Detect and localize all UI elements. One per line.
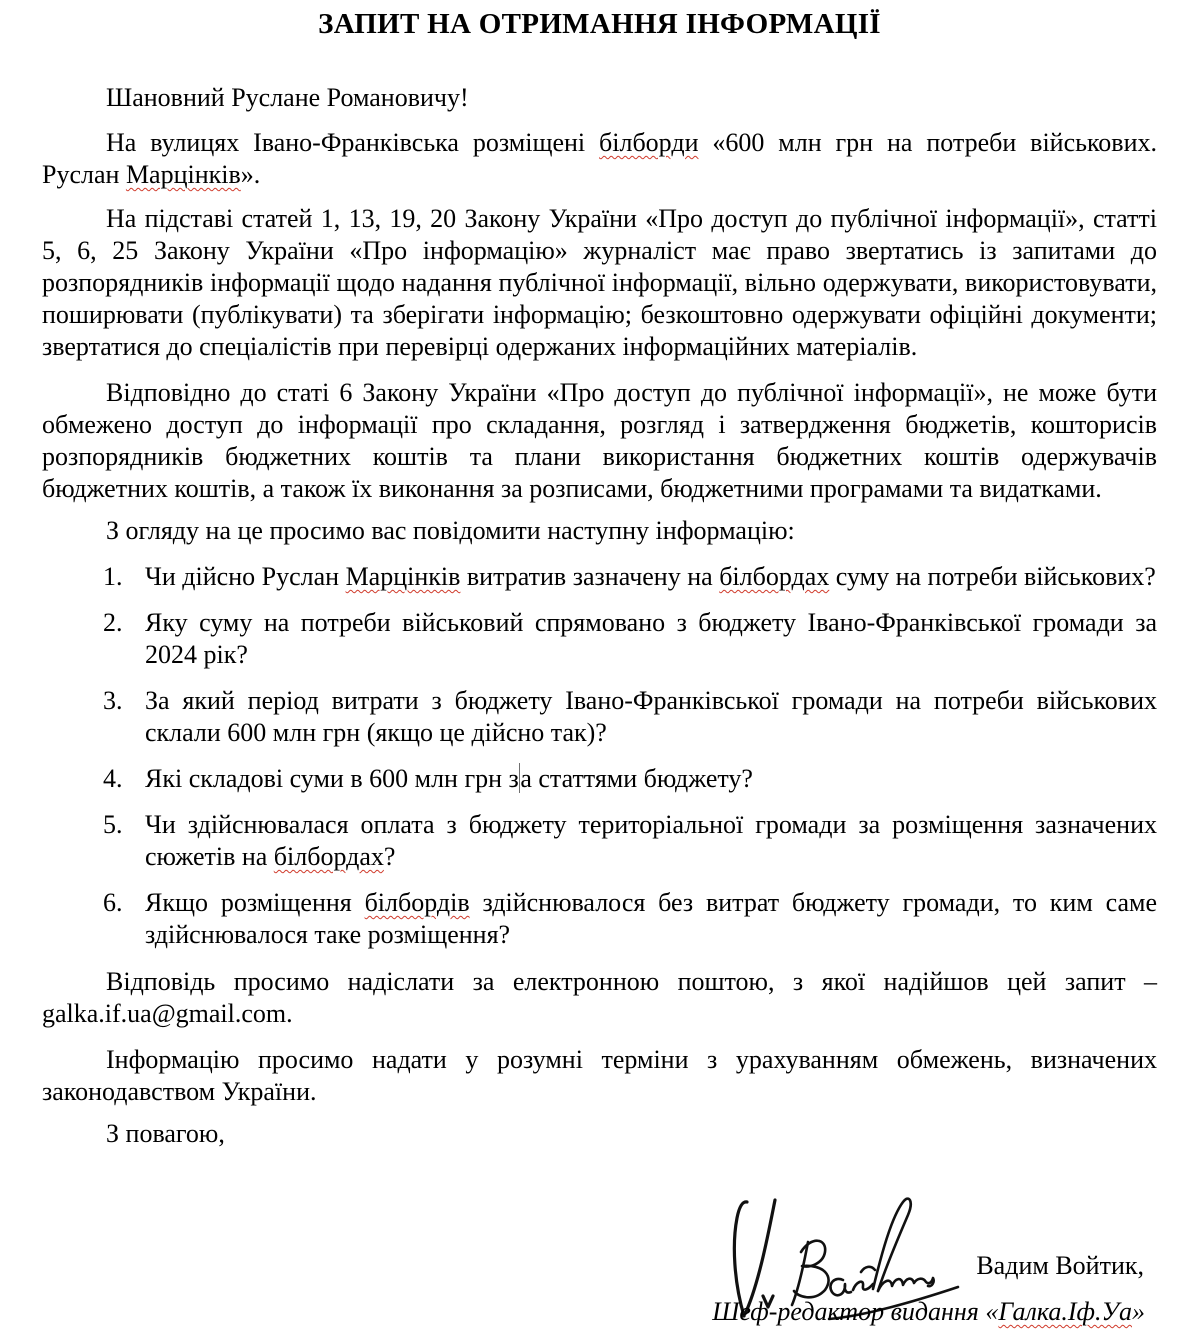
text-run: З огляду на це просимо вас повідомити на… bbox=[106, 516, 795, 545]
question-text: Які складові суми в 600 млн грн за статт… bbox=[145, 764, 753, 793]
question-text: Чи здійснювалася оплата з бюджету терито… bbox=[145, 810, 1157, 871]
text-run: Яку суму на потреби військовий спрямован… bbox=[145, 608, 1157, 669]
question-number: 1. bbox=[103, 561, 123, 593]
question-text: Якщо розміщення білбордів здійснювалося … bbox=[145, 888, 1157, 949]
question-item: 5.Чи здійснювалася оплата з бюджету тери… bbox=[42, 809, 1157, 873]
signature-block: Вадим Войтик, Шеф-редактор видання «Галк… bbox=[0, 1192, 1200, 1336]
signature-stroke bbox=[745, 1200, 775, 1314]
signature-stroke bbox=[853, 1282, 873, 1290]
text-run: Відповідь просимо надіслати за електронн… bbox=[42, 967, 1157, 1028]
signature-stroke bbox=[763, 1296, 773, 1307]
misspelled-word: білбордах bbox=[274, 842, 384, 871]
signature-stroke bbox=[734, 1202, 747, 1316]
paragraph-billboards: На вулицях Івано-Франківська розміщені б… bbox=[42, 127, 1157, 191]
question-number: 4. bbox=[103, 763, 123, 795]
text-run: Якщо розміщення bbox=[145, 888, 365, 917]
question-text: За який період витрати з бюджету Івано-Ф… bbox=[145, 686, 1157, 747]
misspelled-word: Галка.Іф.Уа bbox=[998, 1297, 1132, 1326]
text-run: Відповідно до статі 6 Закону України «Пр… bbox=[42, 378, 1157, 503]
signature-stroke bbox=[830, 1279, 851, 1295]
misspelled-word: білбордів bbox=[365, 888, 470, 917]
paragraph-article6: Відповідно до статі 6 Закону України «Пр… bbox=[42, 377, 1157, 505]
question-number: 2. bbox=[103, 607, 123, 639]
text-run: На вулицях Івано-Франківська розміщені bbox=[106, 128, 599, 157]
misspelled-word: білборди bbox=[599, 128, 698, 157]
document-page[interactable]: ЗАПИТ НА ОТРИМАННЯ ІНФОРМАЦІЇ Шановний Р… bbox=[0, 6, 1200, 1336]
question-item: 3.За який період витрати з бюджету Івано… bbox=[42, 685, 1157, 749]
text-run: Чи дійсно Руслан bbox=[145, 562, 346, 591]
text-run: Інформацію просимо надати у розумні терм… bbox=[42, 1045, 1157, 1106]
misspelled-word: Марцінків bbox=[126, 160, 241, 189]
signature-stroke bbox=[792, 1242, 808, 1305]
closing-line: З повагою, bbox=[42, 1118, 1157, 1150]
text-run: а статтями бюджету? bbox=[520, 764, 753, 793]
handwritten-signature-image bbox=[713, 1192, 965, 1322]
signature-stroke bbox=[829, 1287, 958, 1319]
text-run: ? bbox=[384, 842, 396, 871]
greeting-line: Шановний Руслане Романовичу! bbox=[42, 82, 1157, 114]
signature-role: Шеф-редактор видання «Галка.Іф.Уа» bbox=[712, 1296, 1145, 1328]
signature-stroke bbox=[878, 1278, 934, 1291]
question-number: 5. bbox=[103, 809, 123, 841]
text-run: суму на потреби військових? bbox=[829, 562, 1156, 591]
signature-stroke bbox=[873, 1199, 911, 1291]
question-number: 6. bbox=[103, 887, 123, 919]
paragraph-legal-basis: На підставі статей 1, 13, 19, 20 Закону … bbox=[42, 203, 1157, 363]
question-text: Яку суму на потреби військовий спрямован… bbox=[145, 608, 1157, 669]
text-run: За який період витрати з бюджету Івано-Ф… bbox=[145, 686, 1157, 747]
question-item: 1.Чи дійсно Руслан Марцінків витратив за… bbox=[42, 561, 1157, 593]
document-title: ЗАПИТ НА ОТРИМАННЯ ІНФОРМАЦІЇ bbox=[42, 6, 1157, 42]
paragraph-terms: Інформацію просимо надати у розумні терм… bbox=[42, 1044, 1157, 1108]
misspelled-word: Марцінків bbox=[346, 562, 461, 591]
signature-stroke bbox=[794, 1241, 829, 1298]
paragraph-request-intro: З огляду на це просимо вас повідомити на… bbox=[42, 515, 1157, 547]
paragraph-reply-email: Відповідь просимо надіслати за електронн… bbox=[42, 966, 1157, 1030]
text-run: Які складові суми в 600 млн грн з bbox=[145, 764, 519, 793]
questions-list: 1.Чи дійсно Руслан Марцінків витратив за… bbox=[42, 561, 1157, 951]
text-run: » bbox=[1132, 1297, 1145, 1326]
signature-name: Вадим Войтик, bbox=[976, 1250, 1144, 1282]
text-run: витратив зазначену на bbox=[460, 562, 719, 591]
text-run: Шеф-редактор видання « bbox=[712, 1297, 998, 1326]
text-run: На підставі статей 1, 13, 19, 20 Закону … bbox=[42, 204, 1157, 361]
signature-stroke bbox=[861, 1267, 875, 1272]
question-item: 4.Які складові суми в 600 млн грн за ста… bbox=[42, 763, 1157, 795]
question-text: Чи дійсно Руслан Марцінків витратив зазн… bbox=[145, 562, 1156, 591]
text-run: ». bbox=[241, 160, 261, 189]
question-item: 6.Якщо розміщення білбордів здійснювалос… bbox=[42, 887, 1157, 951]
question-item: 2.Яку суму на потреби військовий спрямов… bbox=[42, 607, 1157, 671]
misspelled-word: білбордах bbox=[719, 562, 829, 591]
question-number: 3. bbox=[103, 685, 123, 717]
